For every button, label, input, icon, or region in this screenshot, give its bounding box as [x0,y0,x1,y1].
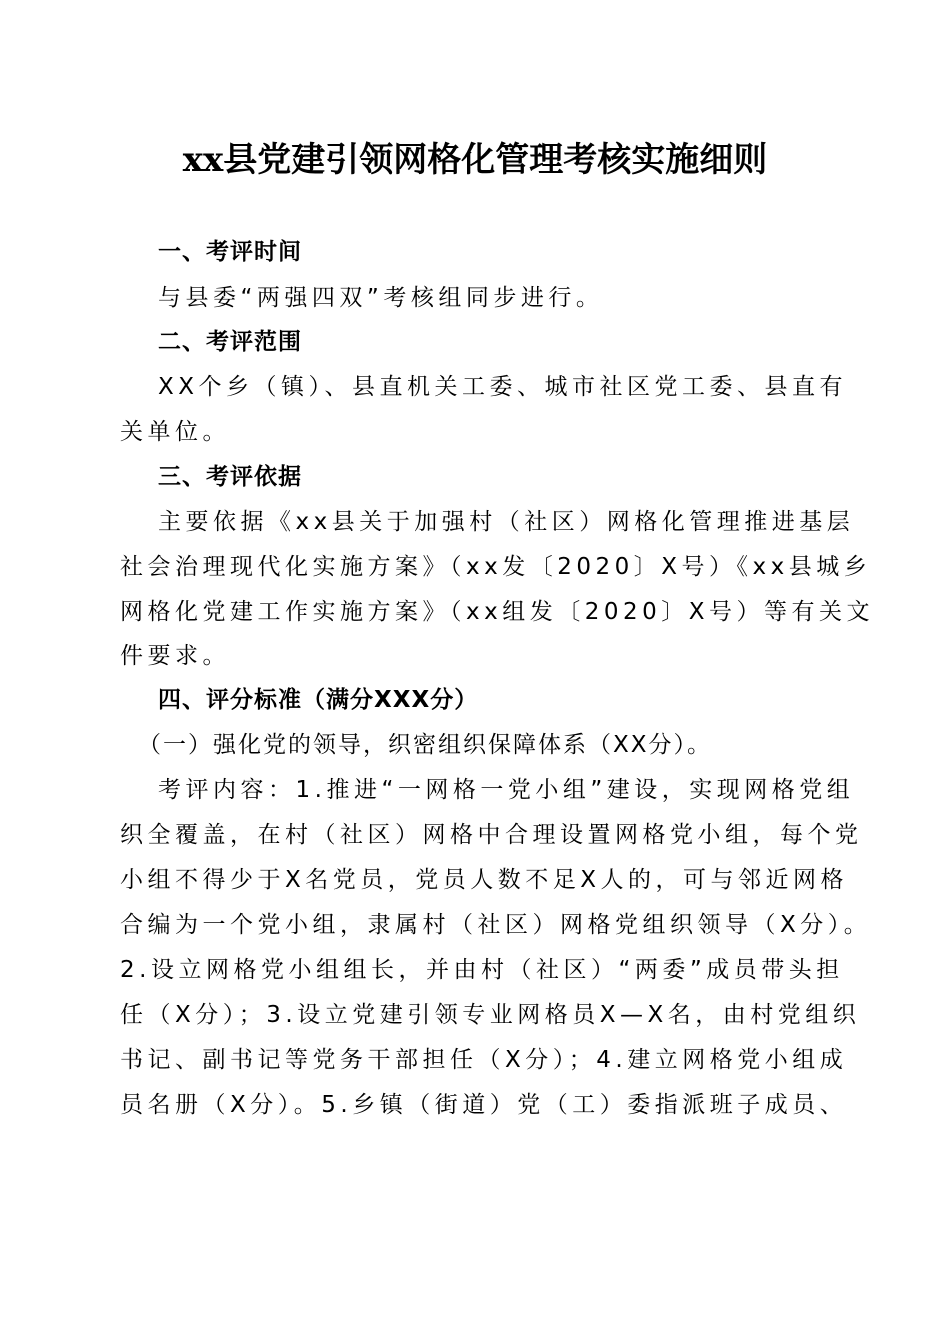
document-title: xx县党建引领网格化管理考核实施细则 [0,136,950,184]
paragraph-line: 任（X分）；3.设立党建引领专业网格员X—X名，由村党组织 [120,999,840,1031]
section-heading-3: 三、考评依据 [158,461,878,493]
paragraph-line: 织全覆盖，在村（社区）网格中合理设置网格党小组，每个党 [120,819,840,851]
section-heading-4: 四、评分标准（满分XXX分） [158,684,878,716]
paragraph-line: 主要依据《xx县关于加强村（社区）网格化管理推进基层 [158,506,878,538]
paragraph-line: 合编为一个党小组，隶属村（社区）网格党组织领导（X分）。 [120,909,840,941]
paragraph-line: 员名册（X分）。5.乡镇（街道）党（工）委指派班子成员、 [120,1089,840,1121]
paragraph-line: 件要求。 [120,640,840,672]
paragraph-line: 网格化党建工作实施方案》（xx组发〔2020〕X号）等有关文 [120,596,840,628]
section-heading-2: 二、考评范围 [158,326,878,358]
paragraph-line: XX个乡（镇）、县直机关工委、城市社区党工委、县直有 [158,371,878,403]
section-heading-1: 一、考评时间 [158,236,878,268]
paragraph-line: 小组不得少于X名党员，党员人数不足X人的，可与邻近网格 [120,864,840,896]
paragraph-line: 关单位。 [120,416,840,448]
paragraph-line: 2.设立网格党小组组长，并由村（社区）“两委”成员带头担 [120,954,840,986]
paragraph-line: 社会治理现代化实施方案》（xx发〔2020〕X号）《xx县城乡 [120,551,840,583]
paragraph-line: 书记、副书记等党务干部担任（X分）；4.建立网格党小组成 [120,1044,840,1076]
paragraph-line: 考评内容：1.推进“一网格一党小组”建设，实现网格党组 [158,774,878,806]
subsection-heading: （一）强化党的领导，织密组织保障体系（XX分）。 [138,729,858,761]
paragraph-line: 与县委“两强四双”考核组同步进行。 [158,282,878,314]
